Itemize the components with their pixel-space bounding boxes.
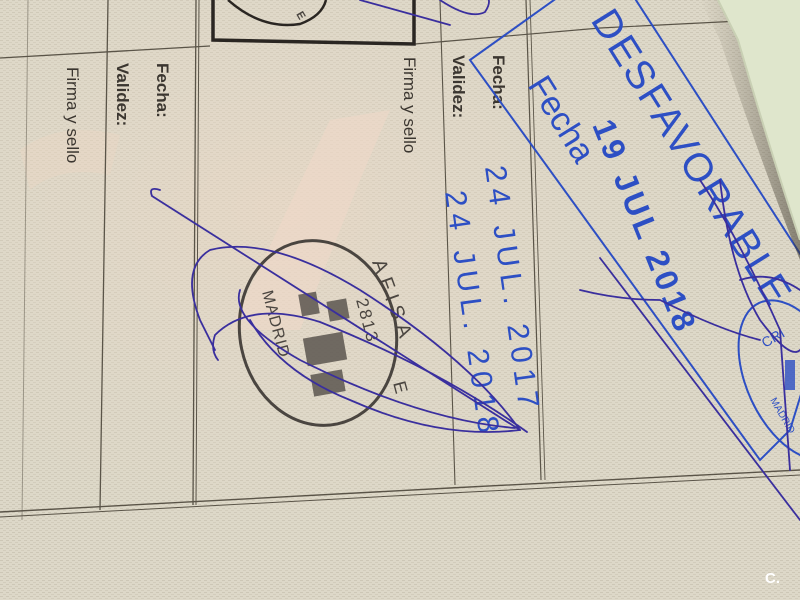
panel-label: C. <box>765 570 780 587</box>
firma-sello-label: Firma y sello <box>63 67 82 163</box>
fecha-label: Fecha: <box>489 55 508 110</box>
document-canvas: E Fecha: Validez: Firma y sello Fecha: V… <box>0 0 800 600</box>
firma-sello-label: Firma y sello <box>400 57 419 153</box>
fecha-label: Fecha: <box>153 63 172 118</box>
validez-label: Validez: <box>449 55 468 118</box>
validez-label: Validez: <box>113 63 132 126</box>
document-photo: E Fecha: Validez: Firma y sello Fecha: V… <box>0 0 800 600</box>
